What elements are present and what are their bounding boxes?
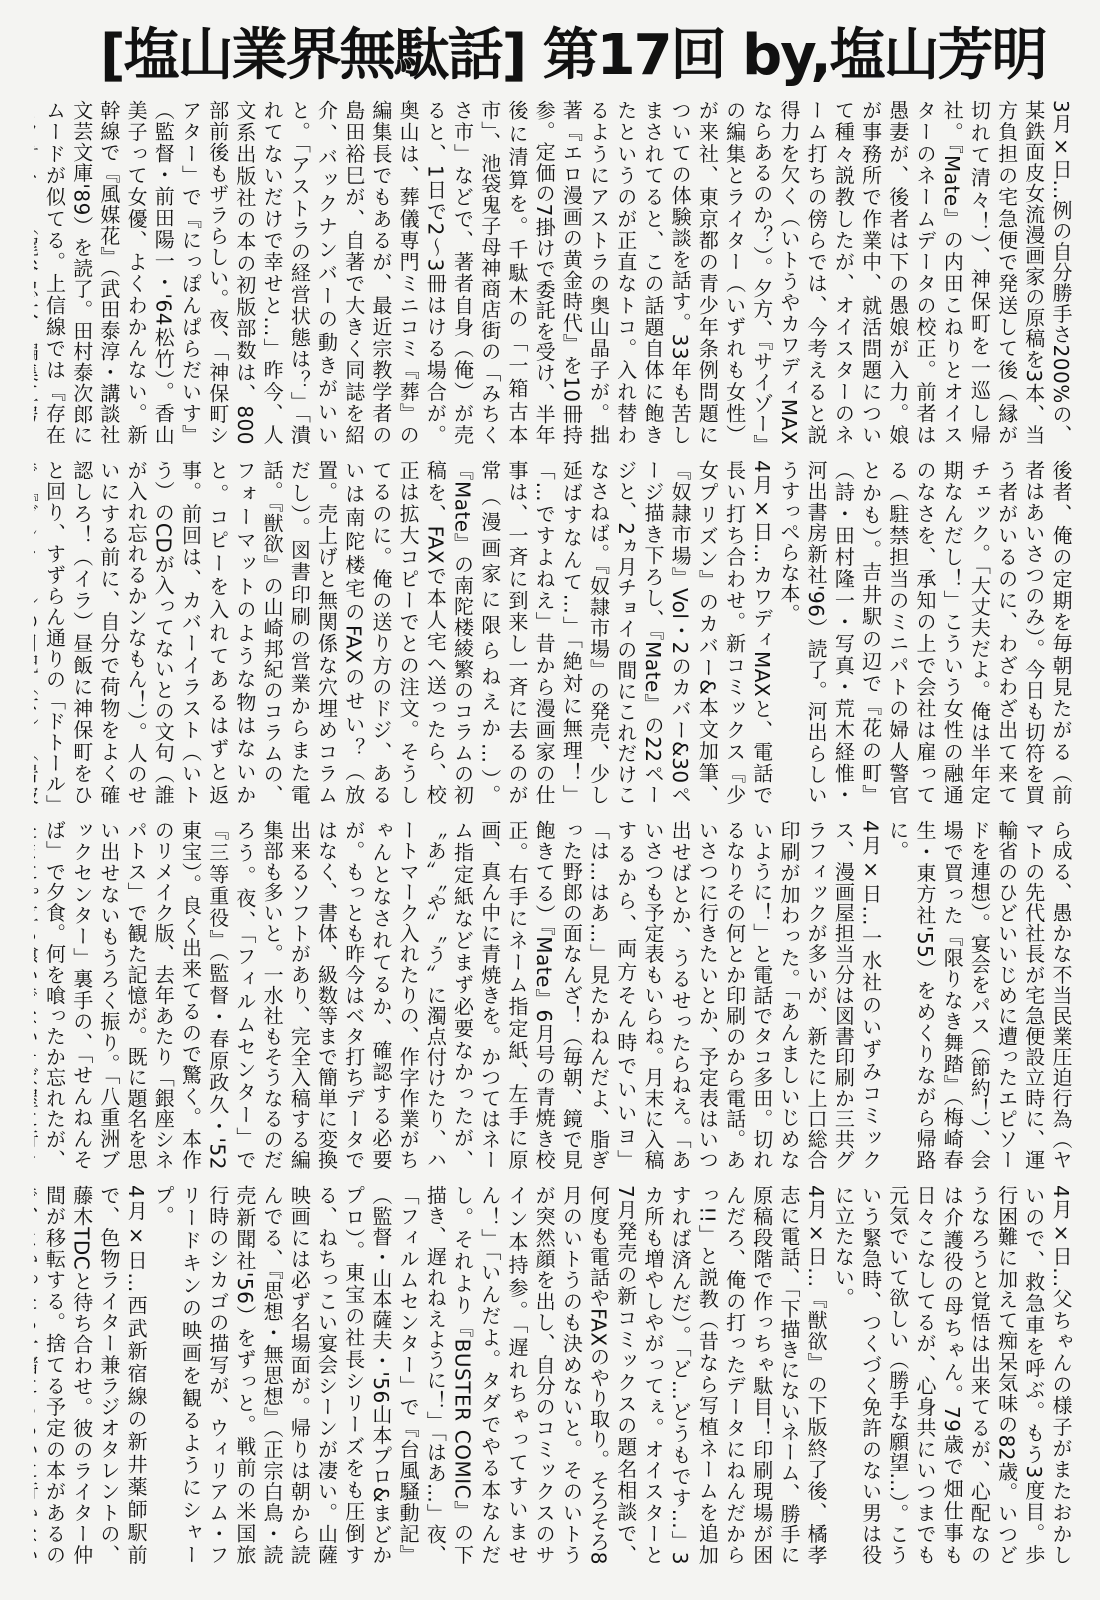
paragraph: 3月×日…例の自分勝手さ200%の、某鉄面皮女流漫画家の原稿を3本、当方負担の宅… <box>34 100 1074 445</box>
paragraph: 4月×日…父ちゃんの様子がまたおかしいので、救急車を呼ぶ。もう3度目。歩行困難に… <box>829 1185 1074 1565</box>
vertical-text-block: ら成る、愚かな不当民業圧迫行為（ヤマトの先代社長が宅急便設立時に、運輸省のひどい… <box>34 820 1074 1170</box>
vertical-text-block: 4月×日…父ちゃんの様子がまたおかしいので、救急車を呼ぶ。もう3度目。歩行困難に… <box>34 1185 1074 1565</box>
paragraph: 4月×日…西武新宿線の新井薬師駅前で、色物ライター兼ラジオタレントの、藤木TDC… <box>34 1185 149 1565</box>
paragraph: 後者、俺の定期を毎朝見たがる（前者はあいさつのみ）。今日も切符を買う者がいるのに… <box>775 460 1074 805</box>
text-tier-2: 後者、俺の定期を毎朝見たがる（前者はあいさつのみ）。今日も切符を買う者がいるのに… <box>34 460 1074 805</box>
text-tier-3: ら成る、愚かな不当民業圧迫行為（ヤマトの先代社長が宅急便設立時に、運輸省のひどい… <box>34 820 1074 1170</box>
paragraph: 4月×日…一水社のいずみコミックス、漫画屋担当分は図書印刷か三共グラフィックが多… <box>34 820 884 1170</box>
page-title: [塩山業界無駄話] 第17回 by,塩山芳明 <box>100 22 1000 90</box>
paragraph: 4月×日…カワディMAXと、電話で長い打ち合わせ。新コミックス『少女プリズン』の… <box>34 460 775 805</box>
paragraph: ら成る、愚かな不当民業圧迫行為（ヤマトの先代社長が宅急便設立時に、運輸省のひどい… <box>884 820 1074 1170</box>
paragraph: 4月×日…『獣欲』の下版終了後、橘孝志に電話、「下描きにないネーム、勝手に原稿段… <box>149 1185 829 1565</box>
text-tier-4: 4月×日…父ちゃんの様子がまたおかしいので、救急車を呼ぶ。もう3度目。歩行困難に… <box>34 1185 1074 1565</box>
vertical-text-block: 3月×日…例の自分勝手さ200%の、某鉄面皮女流漫画家の原稿を3本、当方負担の宅… <box>34 100 1074 445</box>
vertical-text-block: 後者、俺の定期を毎朝見たがる（前者はあいさつのみ）。今日も切符を買う者がいるのに… <box>34 460 1074 805</box>
text-tier-1: 3月×日…例の自分勝手さ200%の、某鉄面皮女流漫画家の原稿を3本、当方負担の宅… <box>34 100 1074 445</box>
